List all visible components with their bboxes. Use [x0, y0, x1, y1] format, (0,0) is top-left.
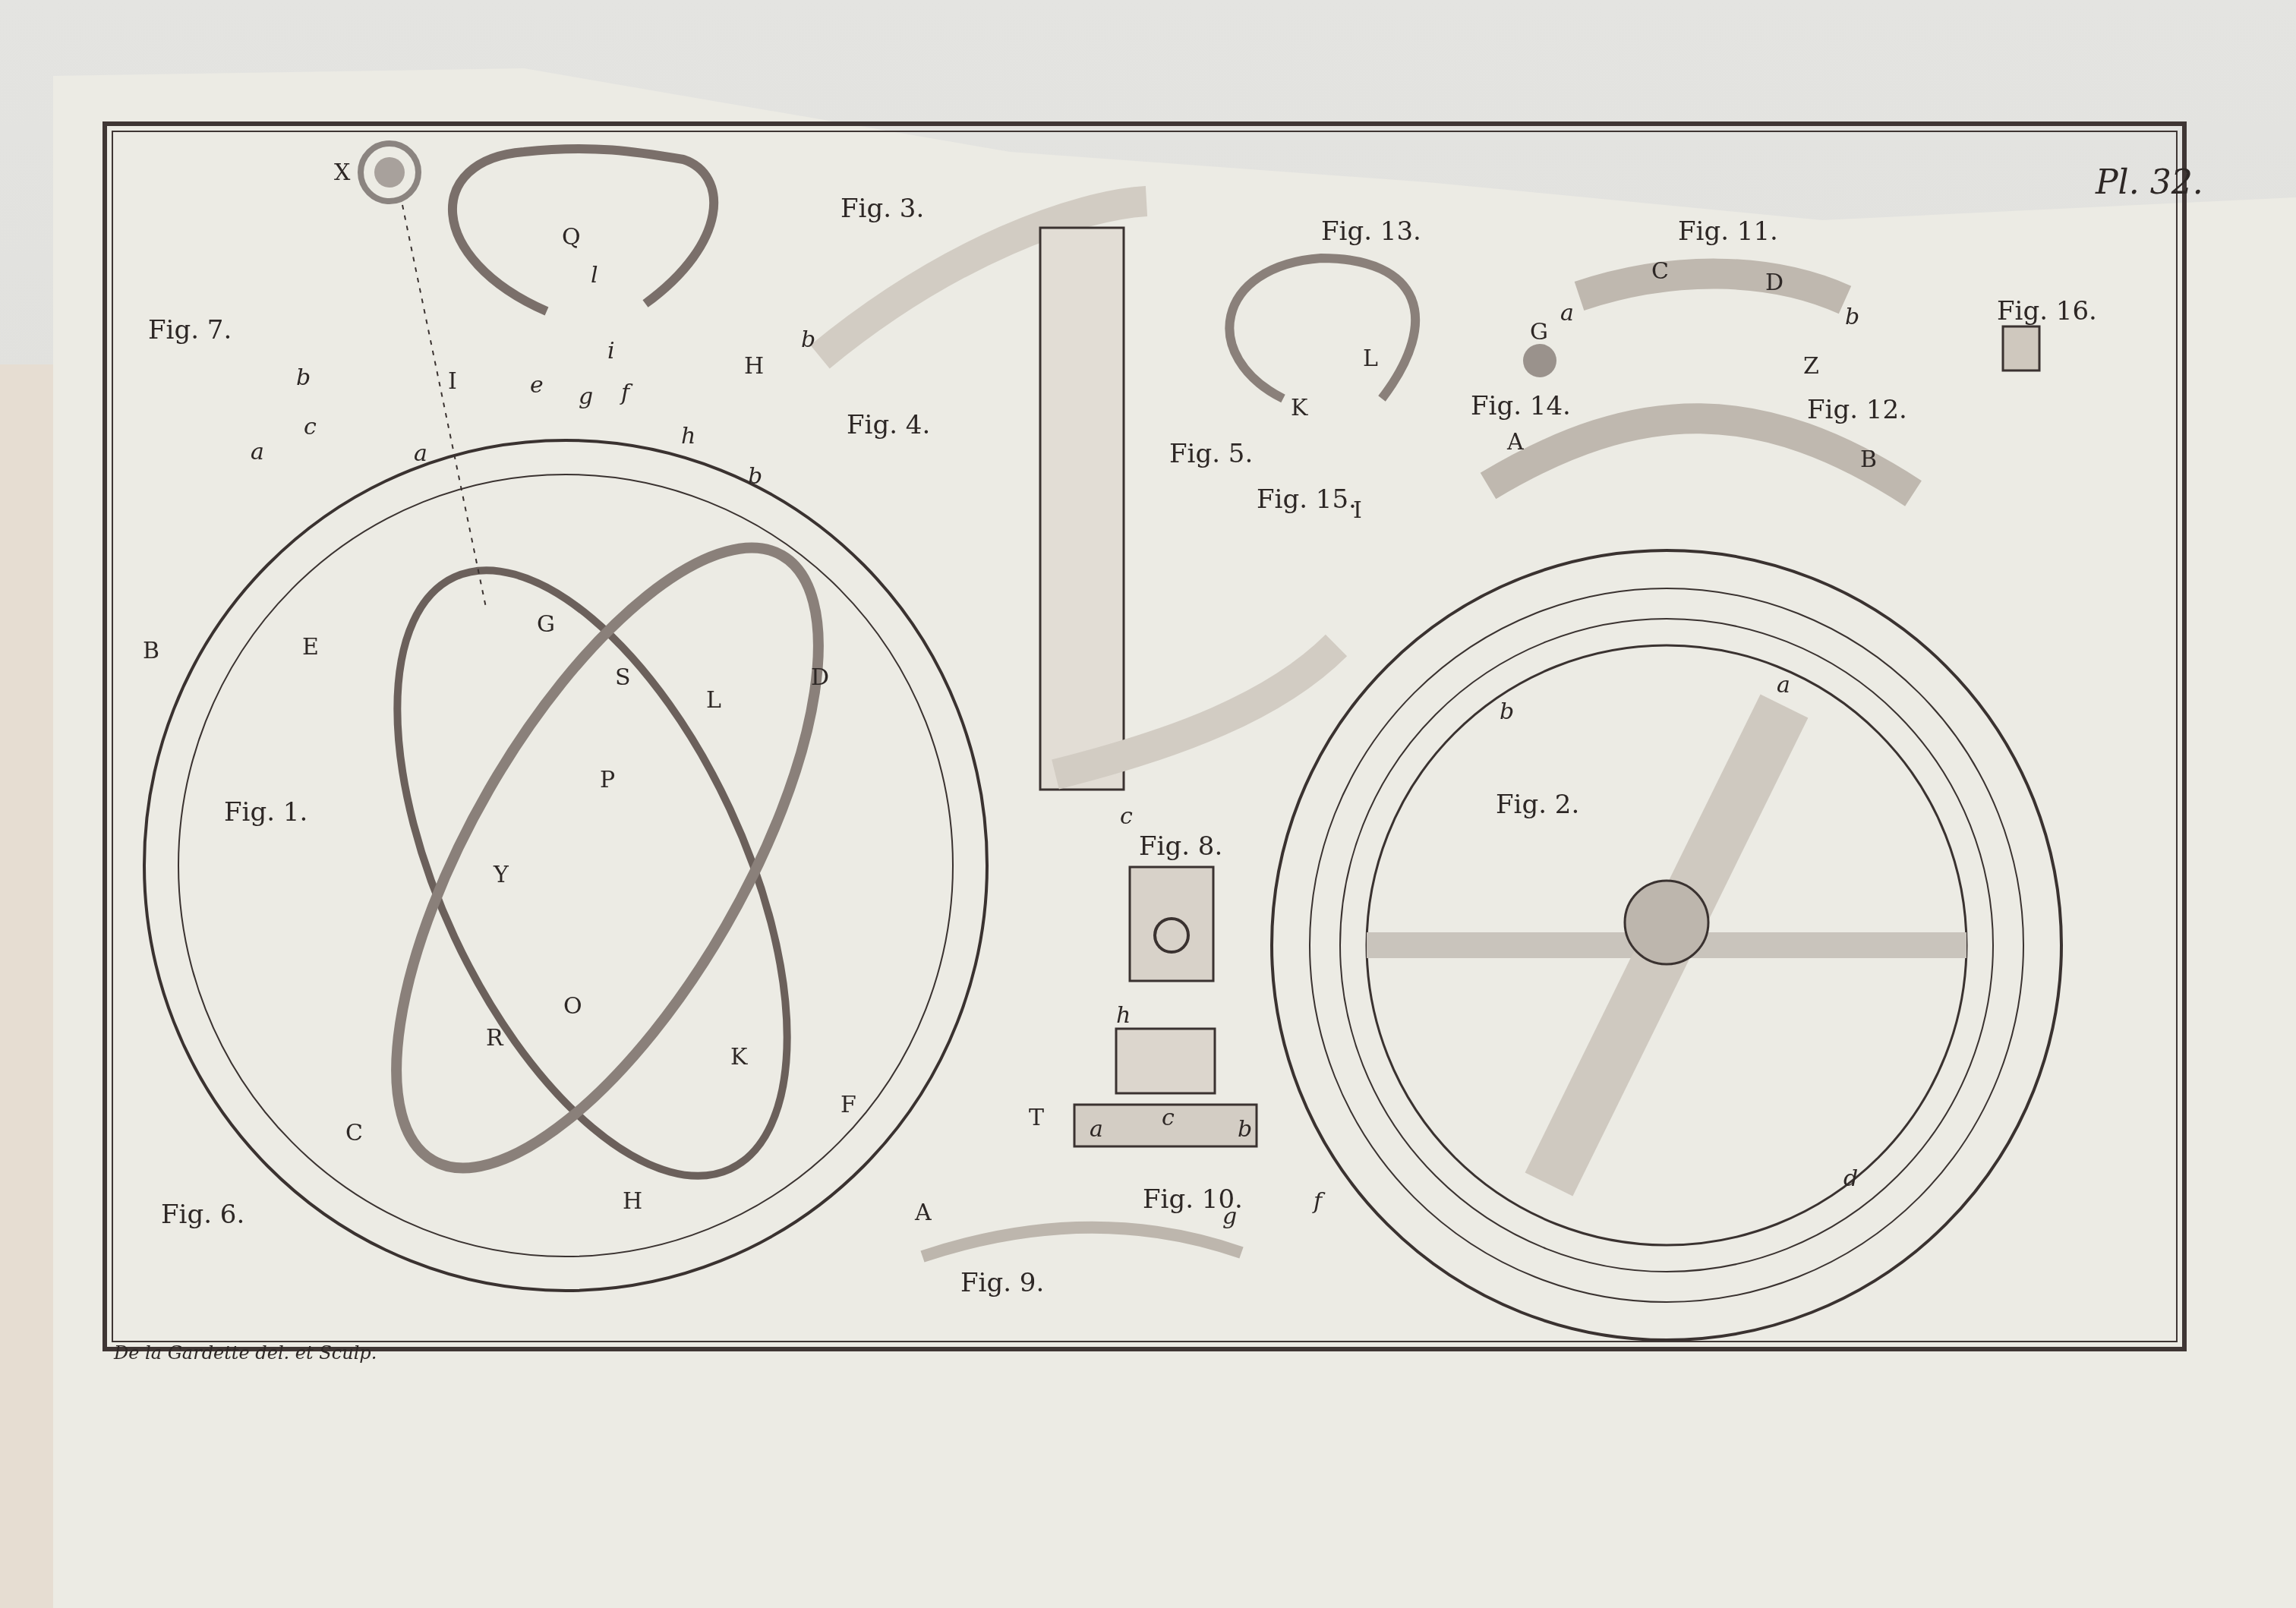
fig10-callout-b: b	[1238, 1116, 1252, 1143]
callout-e: E	[302, 634, 319, 661]
fig11-callout-a: a	[1560, 300, 1574, 326]
fig2-center-hub	[1625, 881, 1708, 964]
fig3-callout-c: c	[1120, 803, 1133, 830]
fig11-callout-d: D	[1765, 270, 1783, 296]
fig14-sphere	[1523, 344, 1556, 377]
callout-p: P	[600, 767, 615, 793]
callout-o: O	[563, 993, 582, 1020]
fig2-label: Fig. 2.	[1496, 790, 1579, 820]
fig1-meridian-ring	[144, 440, 987, 1291]
callout-f: F	[840, 1092, 856, 1118]
fig12-callout-z: Z	[1803, 353, 1819, 380]
fig15-callout-i: I	[1353, 497, 1362, 524]
callout-q: Q	[562, 224, 581, 251]
fig7-callout-a: a	[251, 439, 264, 465]
fig11-callout-b: b	[1845, 304, 1859, 330]
fig14-callout-g: G	[1530, 319, 1548, 345]
engraver-credit: De la Gardette del. et Sculp.	[114, 1342, 377, 1364]
fig3-label: Fig. 3.	[840, 194, 924, 224]
fig10-callout-a: a	[1090, 1116, 1103, 1143]
engraving-artwork	[0, 0, 2296, 1608]
bracket-callout-b: B	[1860, 446, 1877, 473]
fig9-label: Fig. 9.	[960, 1268, 1044, 1298]
callout-a-lower: a	[414, 440, 427, 467]
fig7-label: Fig. 7.	[148, 315, 232, 345]
fig1-label: Fig. 1.	[224, 797, 307, 828]
fig13-label: Fig. 13.	[1321, 216, 1421, 247]
fig2-callout-a: a	[1777, 672, 1790, 698]
callout-h-lowercase: h	[681, 423, 695, 449]
callout-d: D	[811, 664, 829, 691]
plate-number: Pl. 32.	[2096, 163, 2203, 202]
fig16-label: Fig. 16.	[1997, 296, 2097, 326]
fig10-callout-c: c	[1162, 1105, 1175, 1131]
callout-b-lower: b	[748, 463, 762, 490]
fig10-callout-g: g	[1222, 1203, 1237, 1230]
callout-k: K	[730, 1044, 747, 1070]
fig10-callout-h: h	[1116, 1002, 1131, 1029]
callout-e-lower: e	[530, 372, 544, 399]
fig1-hour-ring	[314, 487, 900, 1229]
callout-s: S	[615, 664, 631, 691]
callout-b-upper: B	[143, 638, 159, 664]
fig14-label: Fig. 14.	[1471, 391, 1571, 421]
callout-l: L	[706, 687, 721, 714]
callout-t: T	[1029, 1105, 1044, 1131]
callout-i-lower: i	[607, 338, 615, 364]
fig13-callout-k: K	[1291, 395, 1307, 421]
fig15-label: Fig. 15.	[1257, 484, 1357, 515]
fig3-bar	[1040, 228, 1124, 790]
fig1-suspension-ring	[453, 149, 714, 311]
bracket-callout-a: A	[1507, 429, 1524, 456]
fig1-equator-ring	[317, 513, 868, 1233]
fig10-callout-f: f	[1314, 1188, 1322, 1215]
callout-a-upper: A	[915, 1200, 932, 1226]
fig4-label: Fig. 4.	[847, 410, 930, 440]
callout-c: C	[345, 1120, 363, 1146]
callout-x: X	[334, 159, 350, 186]
fig8-label: Fig. 8.	[1139, 831, 1222, 862]
fig7-callout-c: c	[304, 414, 317, 440]
fig13-callout-l: L	[1363, 345, 1378, 372]
callout-h-lower: H	[623, 1188, 642, 1215]
fig11-bracket	[1579, 274, 1845, 300]
fig5-label: Fig. 5.	[1169, 439, 1253, 469]
fig11-label: Fig. 11.	[1678, 216, 1778, 247]
fig12-label: Fig. 12.	[1807, 395, 1907, 425]
callout-i: I	[448, 368, 457, 395]
callout-r: R	[486, 1025, 503, 1052]
fig2-callout-d: d	[1843, 1165, 1858, 1192]
callout-l-lower: l	[591, 262, 598, 288]
callout-y: Y	[494, 862, 509, 888]
callout-g-lower: g	[579, 383, 593, 410]
callout-h-screw: H	[744, 353, 764, 380]
callout-f-lower: f	[621, 380, 629, 406]
callout-g: G	[537, 611, 555, 638]
fig3-callout-b: b	[801, 326, 815, 353]
fig2-callout-b: b	[1500, 698, 1514, 725]
fig6-label: Fig. 6.	[161, 1200, 244, 1230]
fig7-callout-b: b	[296, 364, 311, 391]
fig11-callout-c: C	[1651, 258, 1669, 285]
